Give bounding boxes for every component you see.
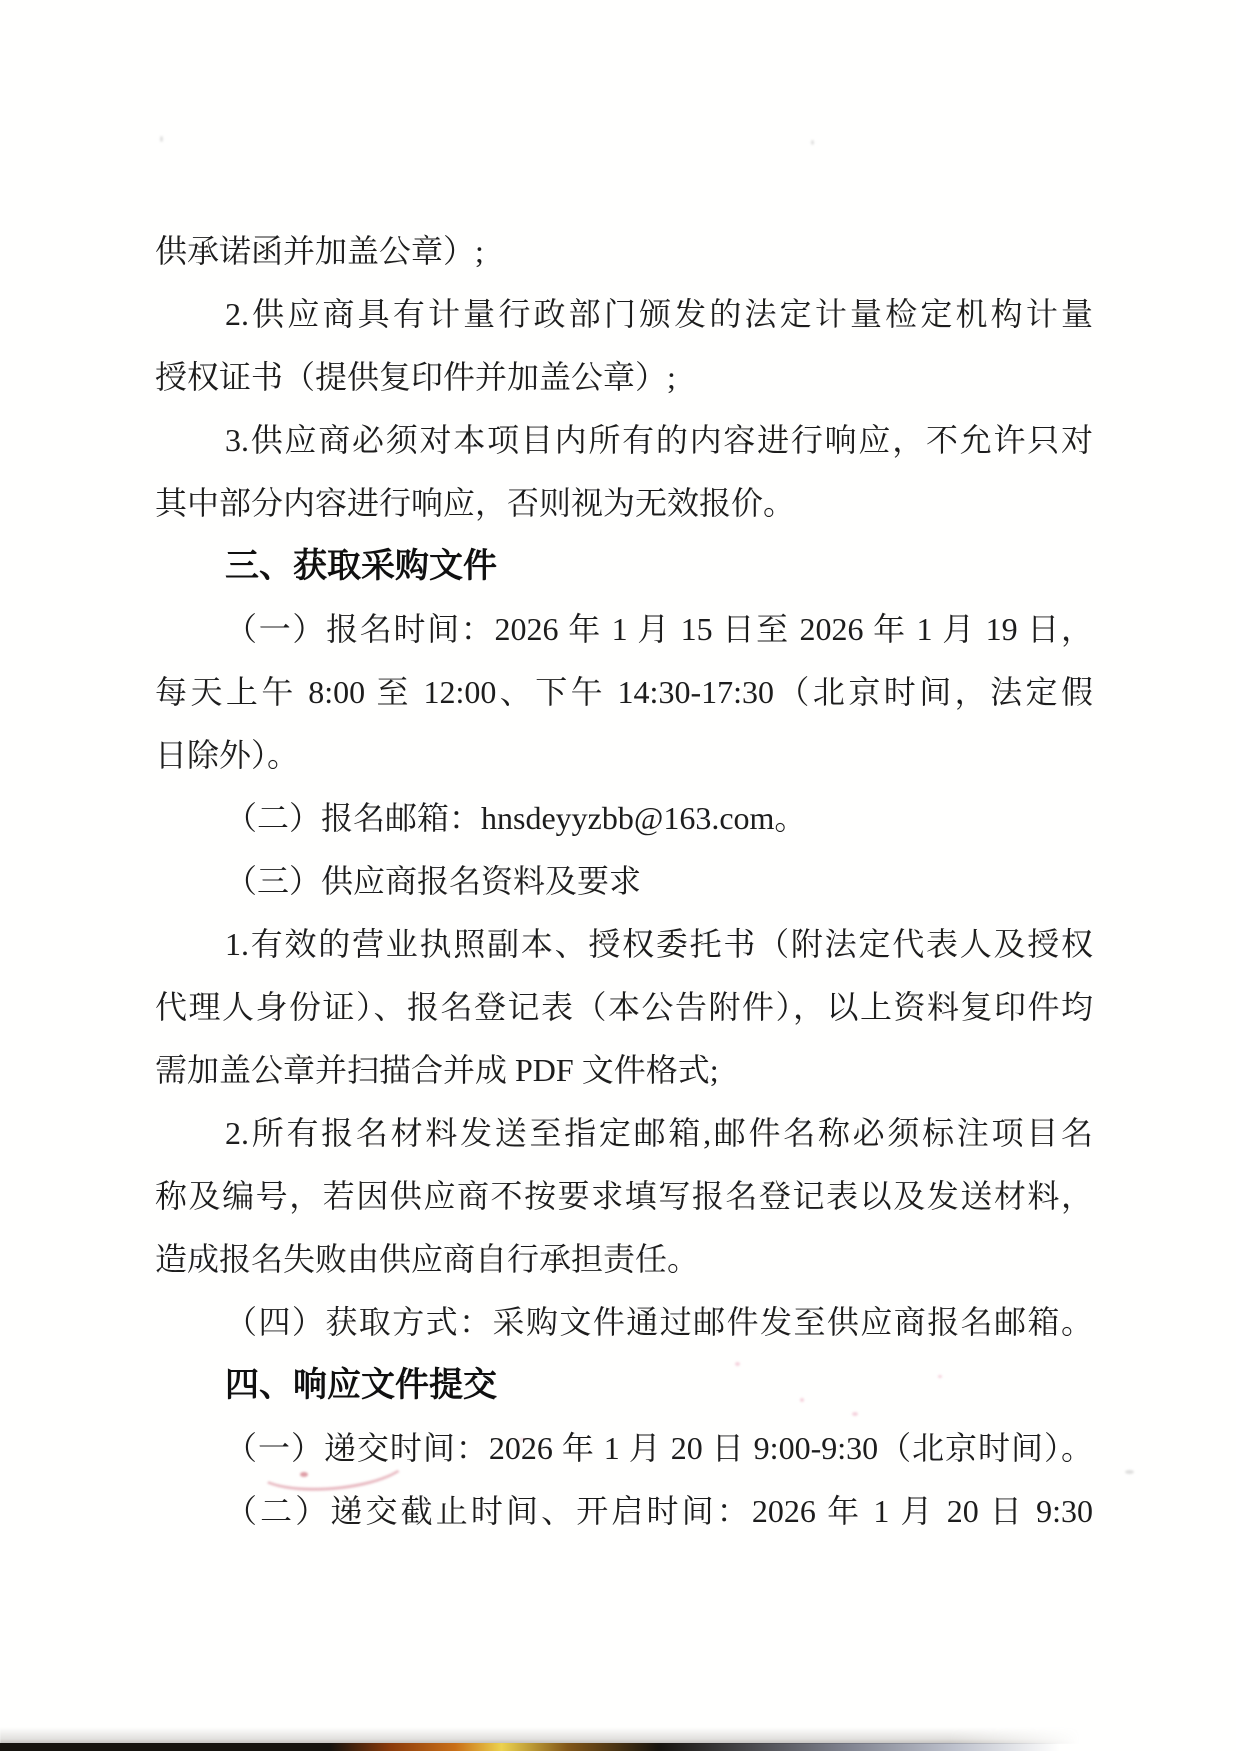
- text-line: （四）获取方式：采购文件通过邮件发至供应商报名邮箱。: [155, 1291, 1093, 1354]
- scan-speck: [811, 140, 814, 145]
- stamp-dot: [300, 1472, 308, 1477]
- scan-speck: [160, 136, 163, 142]
- text-line: 2.供应商具有计量行政部门颁发的法定计量检定机构计量: [155, 283, 1093, 346]
- text-line: 3.供应商必须对本项目内所有的内容进行响应，不允许只对: [155, 409, 1093, 472]
- scan-speck: [938, 1375, 942, 1378]
- document-page: 供承诺函并加盖公章）; 2.供应商具有计量行政部门颁发的法定计量检定机构计量 授…: [0, 0, 1236, 1751]
- scan-speck: [852, 1412, 858, 1416]
- scan-edge-strip: [0, 1743, 1060, 1751]
- scan-speck: [800, 1398, 804, 1402]
- text-line: 需加盖公章并扫描合并成 PDF 文件格式;: [155, 1039, 1093, 1102]
- scan-edge-glow: [330, 1743, 660, 1751]
- text-line: （一）报名时间：2026 年 1 月 15 日至 2026 年 1 月 19 日…: [155, 598, 1093, 661]
- scan-speck: [735, 1362, 740, 1366]
- text-line: 日除外）。: [155, 724, 1093, 787]
- text-line: 2.所有报名材料发送至指定邮箱,邮件名称必须标注项目名: [155, 1102, 1093, 1165]
- scan-speck: [520, 1438, 524, 1441]
- text-line: 代理人身份证）、报名登记表（本公告附件），以上资料复印件均: [155, 976, 1093, 1039]
- text-line: 1.有效的营业执照副本、授权委托书（附法定代表人及授权: [155, 913, 1093, 976]
- text-line: 造成报名失败由供应商自行承担责任。: [155, 1228, 1093, 1291]
- text-line: 每天上午 8:00 至 12:00、下午 14:30-17:30（北京时间，法定…: [155, 661, 1093, 724]
- text-line: 其中部分内容进行响应，否则视为无效报价。: [155, 472, 1093, 535]
- document-text: 供承诺函并加盖公章）; 2.供应商具有计量行政部门颁发的法定计量检定机构计量 授…: [155, 220, 1093, 1543]
- text-line: 授权证书（提供复印件并加盖公章）;: [155, 346, 1093, 409]
- scan-speck: [1125, 1470, 1134, 1474]
- scan-noise-band: [0, 1727, 1080, 1744]
- section-heading: 四、响应文件提交: [155, 1354, 1093, 1417]
- text-line: （三）供应商报名资料及要求: [155, 850, 1093, 913]
- section-heading: 三、获取采购文件: [155, 535, 1093, 598]
- text-line: 供承诺函并加盖公章）;: [155, 220, 1093, 283]
- text-line: 称及编号，若因供应商不按要求填写报名登记表以及发送材料，: [155, 1165, 1093, 1228]
- text-line: （二）报名邮箱：hnsdeyyzbb@163.com。: [155, 787, 1093, 850]
